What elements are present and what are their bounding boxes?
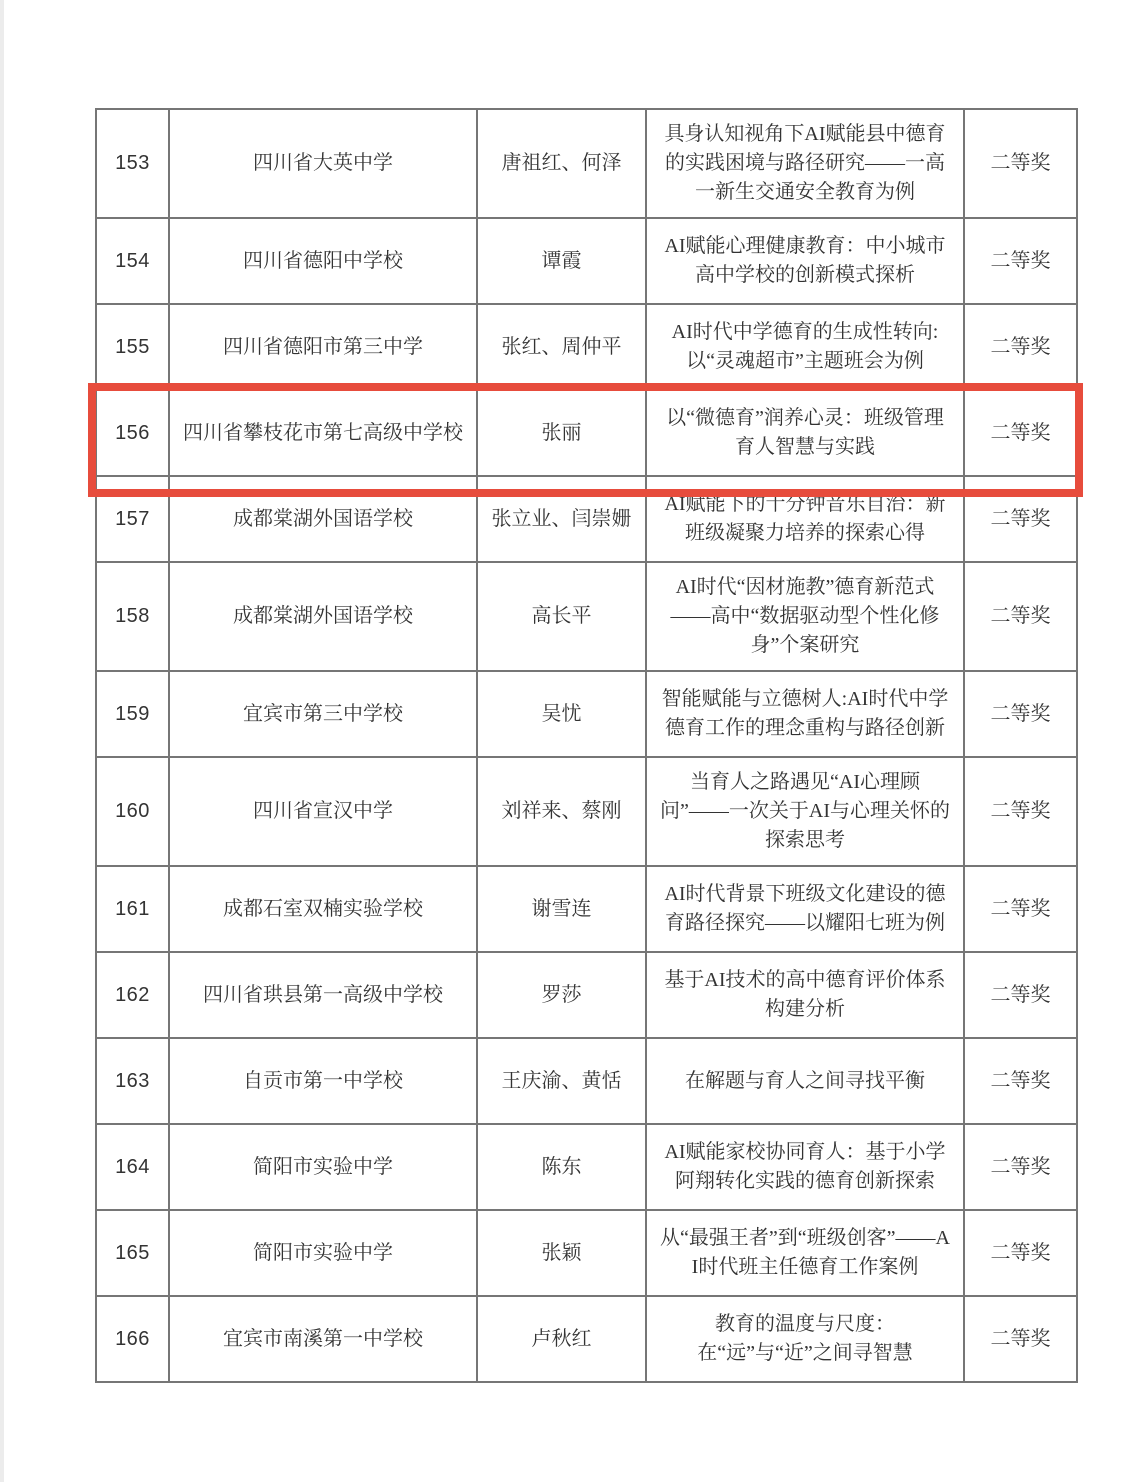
school-cell: 简阳市实验中学	[169, 1210, 477, 1296]
table-row: 161 成都石室双楠实验学校 谢雪连 AI时代背景下班级文化建设的德育路径探究—…	[96, 866, 1077, 952]
title-cell: 智能赋能与立德树人:AI时代中学德育工作的理念重构与路径创新	[646, 671, 964, 757]
row-number: 158	[96, 562, 169, 671]
row-number: 163	[96, 1038, 169, 1124]
school-cell: 四川省大英中学	[169, 109, 477, 218]
authors-cell: 吴忧	[477, 671, 646, 757]
authors-cell: 张立业、闫崇姗	[477, 476, 646, 562]
row-number: 165	[96, 1210, 169, 1296]
award-cell: 二等奖	[964, 476, 1077, 562]
school-cell: 简阳市实验中学	[169, 1124, 477, 1210]
row-number: 160	[96, 757, 169, 866]
school-cell: 四川省攀枝花市第七高级中学校	[169, 390, 477, 476]
table-row: 166 宜宾市南溪第一中学校 卢秋红 教育的温度与尺度：在“远”与“近”之间寻智…	[96, 1296, 1077, 1382]
award-cell: 二等奖	[964, 671, 1077, 757]
table-row: 157 成都棠湖外国语学校 张立业、闫崇姗 AI赋能下的十分钟音乐自治：新班级凝…	[96, 476, 1077, 562]
title-cell: AI赋能家校协同育人：基于小学阿翔转化实践的德育创新探索	[646, 1124, 964, 1210]
title-cell: 在解题与育人之间寻找平衡	[646, 1038, 964, 1124]
school-cell: 四川省德阳市第三中学	[169, 304, 477, 390]
row-number: 159	[96, 671, 169, 757]
school-cell: 四川省珙县第一高级中学校	[169, 952, 477, 1038]
title-cell: 从“最强王者”到“班级创客”——AI时代班主任德育工作案例	[646, 1210, 964, 1296]
title-cell: AI时代中学德育的生成性转向:以“灵魂超市”主题班会为例	[646, 304, 964, 390]
row-number: 166	[96, 1296, 169, 1382]
award-cell: 二等奖	[964, 1124, 1077, 1210]
title-cell: 基于AI技术的高中德育评价体系构建分析	[646, 952, 964, 1038]
authors-cell: 陈东	[477, 1124, 646, 1210]
school-cell: 宜宾市第三中学校	[169, 671, 477, 757]
document-page: 153 四川省大英中学 唐祖红、何泽 具身认知视角下AI赋能县中德育的实践困境与…	[0, 0, 1145, 1482]
row-number: 164	[96, 1124, 169, 1210]
table-row: 160 四川省宣汉中学 刘祥来、蔡刚 当育人之路遇见“AI心理顾问”——一次关于…	[96, 757, 1077, 866]
table-row: 162 四川省珙县第一高级中学校 罗莎 基于AI技术的高中德育评价体系构建分析 …	[96, 952, 1077, 1038]
authors-cell: 张颖	[477, 1210, 646, 1296]
table-row: 159 宜宾市第三中学校 吴忧 智能赋能与立德树人:AI时代中学德育工作的理念重…	[96, 671, 1077, 757]
authors-cell: 谢雪连	[477, 866, 646, 952]
authors-cell: 谭霞	[477, 218, 646, 304]
row-number: 157	[96, 476, 169, 562]
row-number: 156	[96, 390, 169, 476]
authors-cell: 罗莎	[477, 952, 646, 1038]
award-cell: 二等奖	[964, 952, 1077, 1038]
row-number: 162	[96, 952, 169, 1038]
school-cell: 成都棠湖外国语学校	[169, 562, 477, 671]
title-cell: AI赋能心理健康教育：中小城市高中学校的创新模式探析	[646, 218, 964, 304]
school-cell: 成都棠湖外国语学校	[169, 476, 477, 562]
title-cell: 以“微德育”润养心灵：班级管理育人智慧与实践	[646, 390, 964, 476]
title-cell: AI赋能下的十分钟音乐自治：新班级凝聚力培养的探索心得	[646, 476, 964, 562]
table-row: 154 四川省德阳中学校 谭霞 AI赋能心理健康教育：中小城市高中学校的创新模式…	[96, 218, 1077, 304]
authors-cell: 高长平	[477, 562, 646, 671]
award-cell: 二等奖	[964, 1296, 1077, 1382]
school-cell: 四川省德阳中学校	[169, 218, 477, 304]
title-cell: AI时代“因材施教”德育新范式——高中“数据驱动型个性化修身”个案研究	[646, 562, 964, 671]
school-cell: 四川省宣汉中学	[169, 757, 477, 866]
row-number: 154	[96, 218, 169, 304]
award-cell: 二等奖	[964, 757, 1077, 866]
award-cell: 二等奖	[964, 866, 1077, 952]
school-cell: 成都石室双楠实验学校	[169, 866, 477, 952]
authors-cell: 王庆渝、黄恬	[477, 1038, 646, 1124]
authors-cell: 唐祖红、何泽	[477, 109, 646, 218]
authors-cell: 卢秋红	[477, 1296, 646, 1382]
table-row: 165 简阳市实验中学 张颖 从“最强王者”到“班级创客”——AI时代班主任德育…	[96, 1210, 1077, 1296]
school-cell: 自贡市第一中学校	[169, 1038, 477, 1124]
authors-cell: 张丽	[477, 390, 646, 476]
award-cell: 二等奖	[964, 304, 1077, 390]
award-table-body: 153 四川省大英中学 唐祖红、何泽 具身认知视角下AI赋能县中德育的实践困境与…	[96, 109, 1077, 1382]
table-row: 158 成都棠湖外国语学校 高长平 AI时代“因材施教”德育新范式——高中“数据…	[96, 562, 1077, 671]
award-cell: 二等奖	[964, 1038, 1077, 1124]
table-row: 153 四川省大英中学 唐祖红、何泽 具身认知视角下AI赋能县中德育的实践困境与…	[96, 109, 1077, 218]
table-row: 155 四川省德阳市第三中学 张红、周仲平 AI时代中学德育的生成性转向:以“灵…	[96, 304, 1077, 390]
authors-cell: 张红、周仲平	[477, 304, 646, 390]
row-number: 153	[96, 109, 169, 218]
title-cell: AI时代背景下班级文化建设的德育路径探究——以耀阳七班为例	[646, 866, 964, 952]
award-table-wrap: 153 四川省大英中学 唐祖红、何泽 具身认知视角下AI赋能县中德育的实践困境与…	[95, 108, 1076, 1383]
table-row: 163 自贡市第一中学校 王庆渝、黄恬 在解题与育人之间寻找平衡 二等奖	[96, 1038, 1077, 1124]
row-number: 155	[96, 304, 169, 390]
title-cell: 具身认知视角下AI赋能县中德育的实践困境与路径研究——一高一新生交通安全教育为例	[646, 109, 964, 218]
authors-cell: 刘祥来、蔡刚	[477, 757, 646, 866]
award-cell: 二等奖	[964, 218, 1077, 304]
award-cell: 二等奖	[964, 1210, 1077, 1296]
award-table: 153 四川省大英中学 唐祖红、何泽 具身认知视角下AI赋能县中德育的实践困境与…	[95, 108, 1078, 1383]
award-cell: 二等奖	[964, 109, 1077, 218]
award-cell: 二等奖	[964, 562, 1077, 671]
title-cell: 当育人之路遇见“AI心理顾问”——一次关于AI与心理关怀的探索思考	[646, 757, 964, 866]
row-number: 161	[96, 866, 169, 952]
table-row: 164 简阳市实验中学 陈东 AI赋能家校协同育人：基于小学阿翔转化实践的德育创…	[96, 1124, 1077, 1210]
page-edge	[0, 0, 4, 1482]
award-cell: 二等奖	[964, 390, 1077, 476]
title-cell: 教育的温度与尺度：在“远”与“近”之间寻智慧	[646, 1296, 964, 1382]
table-row: 156 四川省攀枝花市第七高级中学校 张丽 以“微德育”润养心灵：班级管理育人智…	[96, 390, 1077, 476]
school-cell: 宜宾市南溪第一中学校	[169, 1296, 477, 1382]
